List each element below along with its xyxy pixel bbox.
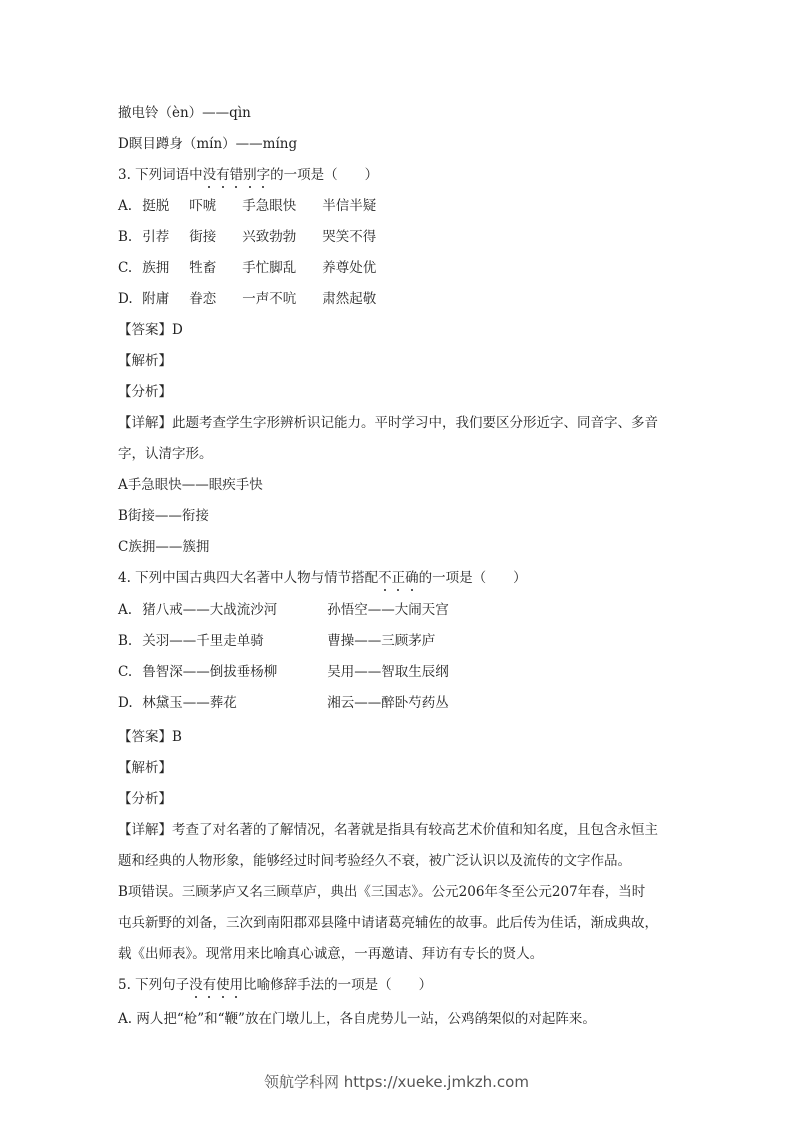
- option-label: B.: [118, 632, 138, 650]
- word: 兴致勃勃: [242, 228, 322, 246]
- option-label: D.: [118, 694, 138, 712]
- option-part: 关羽——千里走单骑: [142, 632, 327, 650]
- text-line: D瞑目蹲身（mín）——míng: [118, 135, 297, 153]
- word: 附庸: [142, 290, 189, 308]
- correction-line: C族拥——簇拥: [118, 538, 209, 556]
- emphasis-text: 不正确: [378, 570, 419, 586]
- q4-option-b: B. 关羽——千里走单骑曹操——三顾茅庐: [118, 632, 435, 650]
- correction-line: B街接——衔接: [118, 507, 209, 525]
- emphasis-text: 没有错别字: [203, 167, 271, 183]
- footer-watermark: 领航学科网 https://xueke.jmkzh.com: [0, 1071, 793, 1092]
- option-label: A.: [118, 197, 138, 215]
- question-4-title: 4. 下列中国古典四大名著中人物与情节搭配不正确的一项是（ ）: [118, 569, 527, 587]
- option-part: 曹操——三顾茅庐: [327, 633, 435, 649]
- word: 养尊处优: [322, 260, 376, 276]
- detail-text: 载《出师表》。现常用来比喻真心诚意，一再邀请、拜访有专长的贤人。: [118, 945, 543, 963]
- option-part: 林黛玉——葬花: [142, 694, 327, 712]
- word: 肃然起敬: [322, 291, 376, 307]
- q-suffix: 的一项是（ ）: [270, 167, 378, 183]
- detail-text: 字，认清字形。: [118, 445, 213, 463]
- detail-text: B项错误。三顾茅庐又名三顾草庐，典出《三国志》。公元206年冬至公元207年春，…: [118, 883, 645, 901]
- analysis-sub-label: 【分析】: [118, 383, 172, 401]
- word: 族拥: [142, 259, 189, 277]
- word: 挺脱: [142, 197, 189, 215]
- word: 眷恋: [189, 290, 242, 308]
- emphasis-text: 没有使用: [189, 977, 243, 993]
- word: 吓唬: [189, 197, 242, 215]
- q-prefix: 4. 下列中国古典四大名著中人物与情节搭配: [118, 570, 378, 586]
- word: 一声不吭: [242, 290, 322, 308]
- word: 牲畜: [189, 259, 242, 277]
- option-label: C.: [118, 663, 138, 681]
- answer-label: 【答案】B: [118, 728, 182, 746]
- option-label: C.: [118, 259, 138, 277]
- question-5-title: 5. 下列句子没有使用比喻修辞手法的一项是（ ）: [118, 976, 432, 994]
- option-part: 孙悟空——大闹天宫: [327, 602, 449, 618]
- detail-text: 【详解】此题考查学生字形辨析识记能力。平时学习中，我们要区分形近字、同音字、多音: [118, 414, 658, 432]
- option-part: 鲁智深——倒拔垂杨柳: [142, 663, 327, 681]
- option-label: A.: [118, 601, 138, 619]
- option-label: B.: [118, 228, 138, 246]
- q3-option-d: D. 附庸眷恋一声不吭肃然起敬: [118, 290, 376, 308]
- word: 半信半疑: [322, 198, 376, 214]
- word: 引荐: [142, 228, 189, 246]
- q-suffix: 比喻修辞手法的一项是（ ）: [243, 977, 432, 993]
- analysis-label: 【解析】: [118, 352, 172, 370]
- text-line: 撤电铃（èn）——qìn: [118, 104, 251, 122]
- detail-text: 题和经典的人物形象，能够经过时间考验经久不衰，被广泛认识以及流传的文字作品。: [118, 852, 631, 870]
- q-suffix: 的一项是（ ）: [419, 570, 527, 586]
- q4-option-c: C. 鲁智深——倒拔垂杨柳吴用——智取生辰纲: [118, 663, 449, 681]
- question-3-title: 3. 下列词语中没有错别字的一项是（ ）: [118, 166, 378, 184]
- word: 哭笑不得: [322, 229, 376, 245]
- word: 街接: [189, 228, 242, 246]
- q5-option-a: A. 两人把“枪”和“鞭”放在门墩儿上，各自虎势儿一站，公鸡鹐架似的对起阵来。: [118, 1010, 596, 1028]
- q3-option-b: B. 引荐街接兴致勃勃哭笑不得: [118, 228, 376, 246]
- detail-text: 【详解】考查了对名著的了解情况，名著就是指具有较高艺术价值和知名度，且包含永恒主: [118, 821, 658, 839]
- word: 手急眼快: [242, 197, 322, 215]
- analysis-sub-label: 【分析】: [118, 790, 172, 808]
- q3-option-a: A. 挺脱吓唬手急眼快半信半疑: [118, 197, 376, 215]
- option-part: 猪八戒——大战流沙河: [142, 601, 327, 619]
- option-label: D.: [118, 290, 138, 308]
- q4-option-a: A. 猪八戒——大战流沙河孙悟空——大闹天宫: [118, 601, 449, 619]
- answer-label: 【答案】D: [118, 321, 183, 339]
- correction-line: A手急眼快——眼疾手快: [118, 476, 263, 494]
- detail-text: 屯兵新野的刘备，三次到南阳郡邓县隆中请诸葛亮辅佐的故事。此后传为佳话，渐成典故，: [118, 914, 658, 932]
- analysis-label: 【解析】: [118, 759, 172, 777]
- q-prefix: 5. 下列句子: [118, 977, 189, 993]
- option-part: 吴用——智取生辰纲: [327, 664, 449, 680]
- option-part: 湘云——醉卧芍药丛: [327, 695, 449, 711]
- word: 手忙脚乱: [242, 259, 322, 277]
- q-prefix: 3. 下列词语中: [118, 167, 203, 183]
- q4-option-d: D. 林黛玉——葬花湘云——醉卧芍药丛: [118, 694, 449, 712]
- q3-option-c: C. 族拥牲畜手忙脚乱养尊处优: [118, 259, 376, 277]
